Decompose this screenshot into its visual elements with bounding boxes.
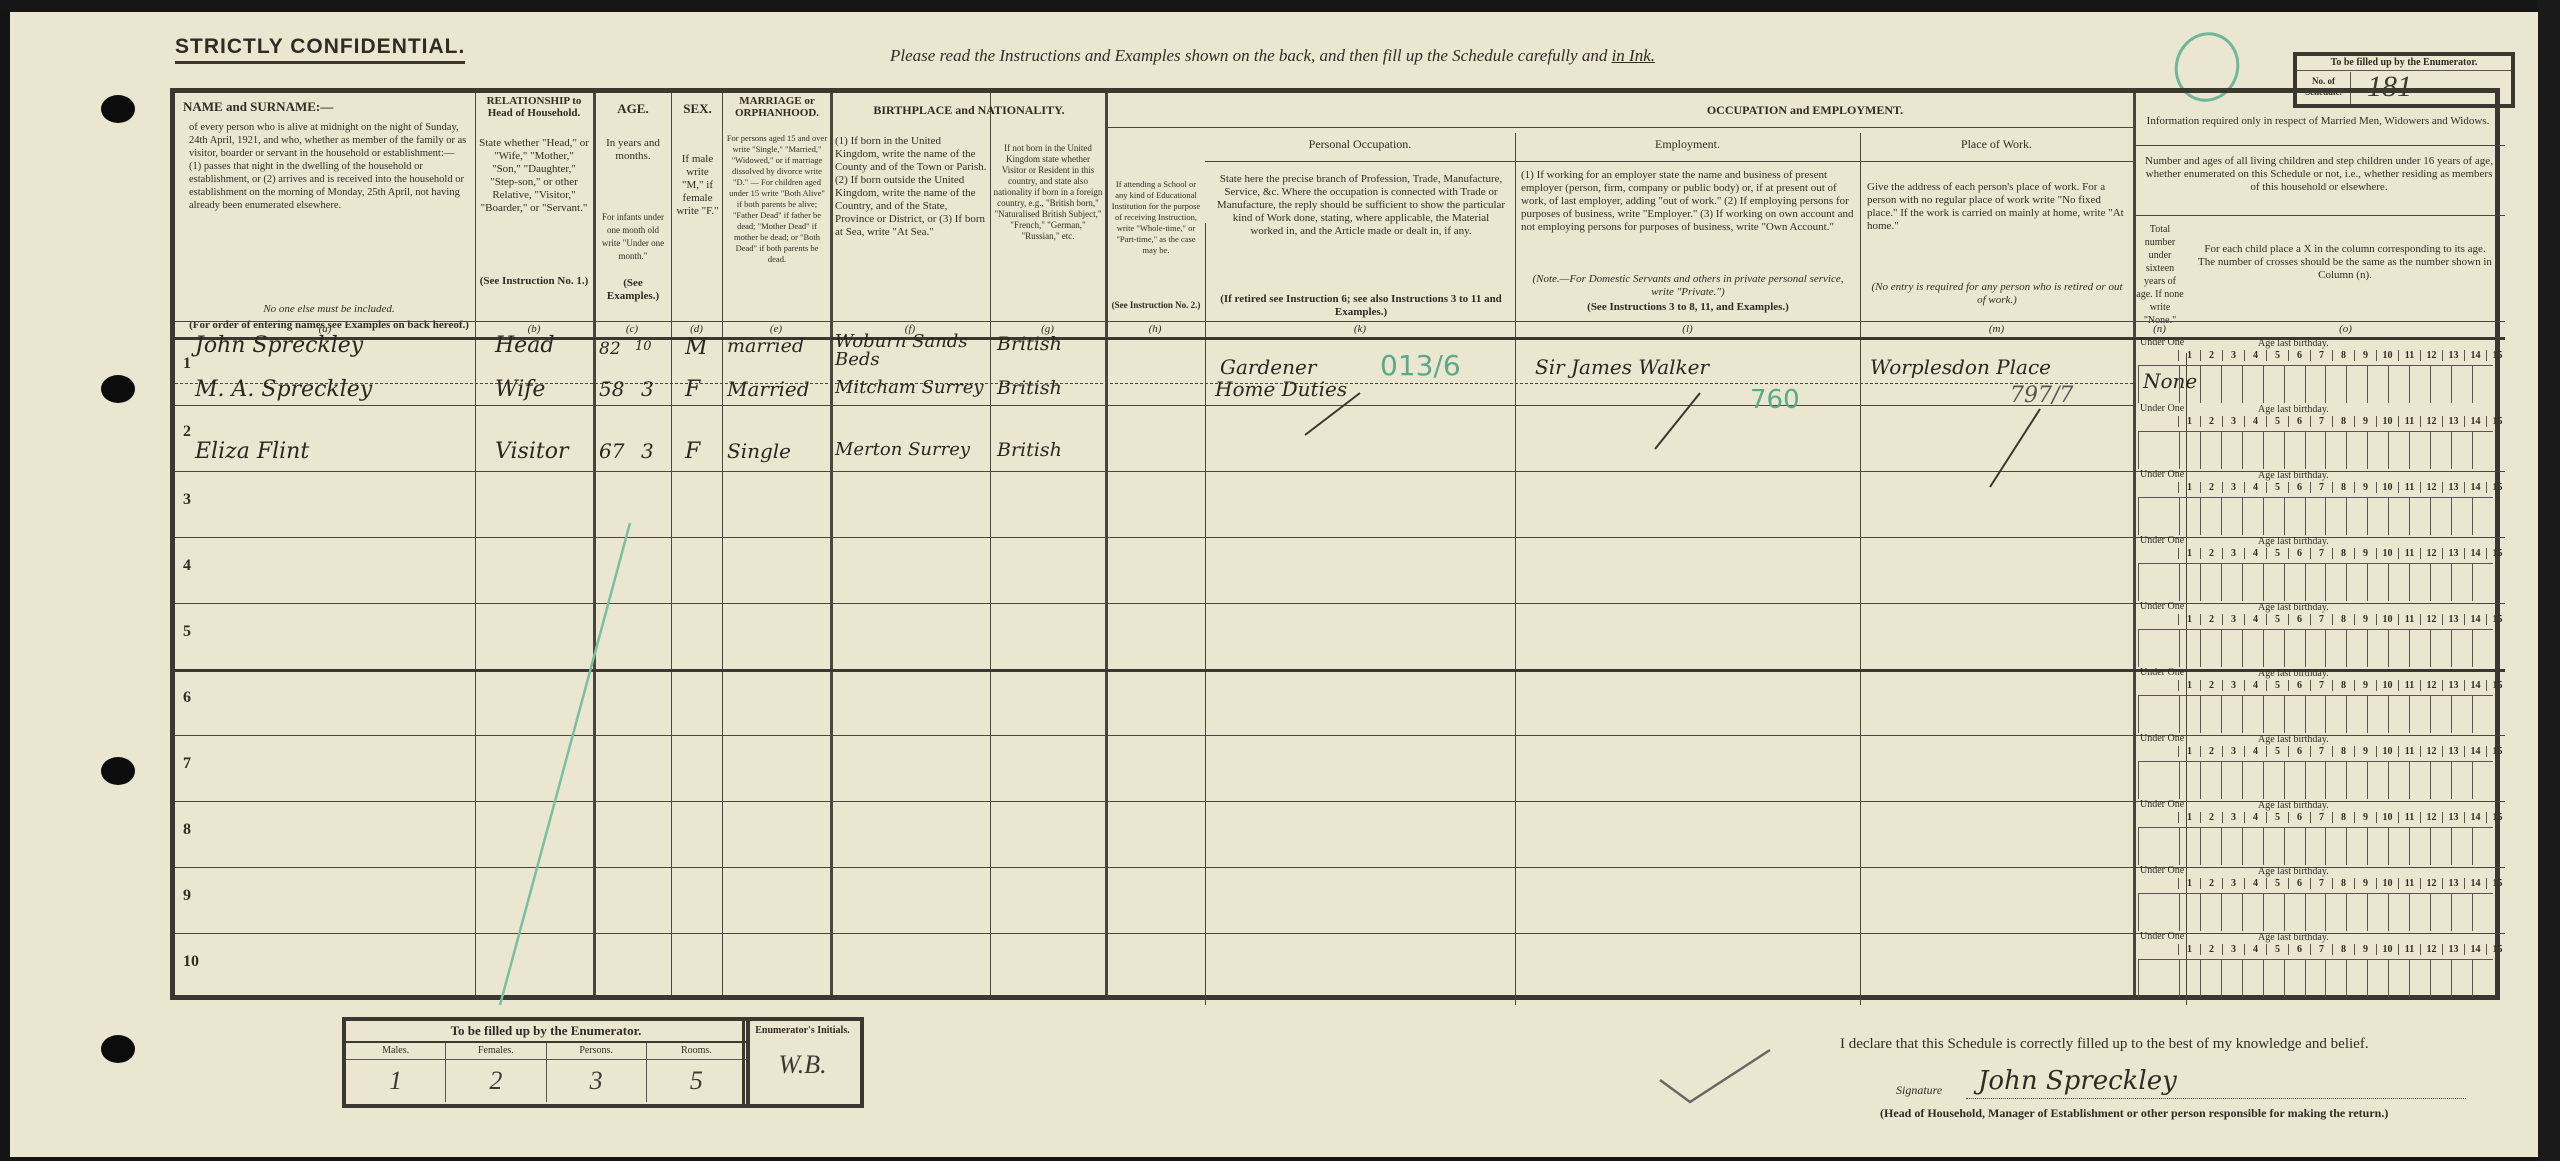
age-cell[interactable]	[2221, 762, 2242, 799]
age-cell[interactable]	[2221, 960, 2242, 997]
age-cell[interactable]	[2409, 498, 2430, 535]
age-cell[interactable]	[2388, 498, 2409, 535]
age-label: 1	[2178, 614, 2200, 625]
age-cell[interactable]	[2451, 498, 2472, 535]
age-cell[interactable]	[2367, 366, 2388, 403]
age-label: 2	[2200, 416, 2222, 427]
age-label: 3	[2222, 350, 2244, 361]
age-label: 6	[2288, 944, 2310, 955]
age-cell[interactable]	[2409, 828, 2430, 865]
age-cell[interactable]	[2179, 828, 2200, 865]
age-label: 3	[2222, 944, 2244, 955]
age-label: 10	[2376, 944, 2398, 955]
age-label: 8	[2332, 944, 2354, 955]
age-cell[interactable]	[2200, 564, 2221, 601]
age-cell[interactable]	[2388, 828, 2409, 865]
age-cell[interactable]	[2472, 564, 2493, 601]
age-cell[interactable]	[2242, 498, 2263, 535]
age-label: 5	[2266, 614, 2288, 625]
age-cell[interactable]	[2346, 894, 2367, 931]
rooms-label: Rooms.	[646, 1043, 746, 1059]
age-cell[interactable]	[2430, 366, 2451, 403]
age-cell[interactable]	[2388, 894, 2409, 931]
males-label: Males.	[346, 1043, 445, 1059]
persons-count: 3	[546, 1060, 646, 1102]
age-cell-under-one[interactable]	[2138, 828, 2179, 865]
age-cell[interactable]	[2430, 498, 2451, 535]
age-cell[interactable]	[2325, 960, 2346, 997]
age-cell[interactable]	[2346, 762, 2367, 799]
age-label: 9	[2354, 680, 2376, 691]
age-last-birthday-grid: Under OneAge last birthday.1234567891011…	[2138, 800, 2493, 864]
age-label: 8	[2332, 482, 2354, 493]
age-label: 3	[2222, 482, 2244, 493]
age-label: 11	[2398, 548, 2420, 559]
age-label: 11	[2398, 680, 2420, 691]
age-label: 6	[2288, 614, 2310, 625]
age-label: 2	[2200, 482, 2222, 493]
age-label: 15	[2486, 614, 2508, 625]
age-cell[interactable]	[2284, 498, 2305, 535]
age-cell[interactable]	[2409, 960, 2430, 997]
age-cell[interactable]	[2305, 630, 2326, 667]
age-cell[interactable]	[2179, 564, 2200, 601]
age-cell-under-one[interactable]	[2138, 432, 2179, 469]
age-cell-under-one[interactable]	[2138, 498, 2179, 535]
age-cell[interactable]	[2305, 564, 2326, 601]
age-cell[interactable]	[2388, 960, 2409, 997]
age-label: 6	[2288, 680, 2310, 691]
age-cell[interactable]	[2200, 762, 2221, 799]
age-label: 8	[2332, 680, 2354, 691]
age-label: 11	[2398, 746, 2420, 757]
females-label: Females.	[445, 1043, 545, 1059]
age-cell[interactable]	[2263, 960, 2284, 997]
age-cell[interactable]	[2367, 894, 2388, 931]
age-cell[interactable]	[2179, 762, 2200, 799]
age-cell[interactable]	[2200, 432, 2221, 469]
age-cell[interactable]	[2305, 894, 2326, 931]
age-cell[interactable]	[2409, 696, 2430, 733]
age-label: 3	[2222, 746, 2244, 757]
age-cell[interactable]	[2221, 630, 2242, 667]
age-cell[interactable]	[2367, 828, 2388, 865]
under-one-label: Under One	[2140, 602, 2184, 612]
age-cell-under-one[interactable]	[2138, 762, 2179, 799]
age-label: 1	[2178, 680, 2200, 691]
age-cell[interactable]	[2325, 564, 2346, 601]
age-label: 14	[2464, 482, 2486, 493]
age-label: 13	[2442, 614, 2464, 625]
age-cell[interactable]	[2263, 630, 2284, 667]
in-ink-text: in Ink.	[1612, 46, 1655, 65]
age-cell[interactable]	[2242, 762, 2263, 799]
age-cell[interactable]	[2346, 828, 2367, 865]
age-label: 1	[2178, 416, 2200, 427]
age-cell[interactable]	[2472, 894, 2493, 931]
age-label: 12	[2420, 944, 2442, 955]
age-label: 9	[2354, 350, 2376, 361]
age-cell[interactable]	[2221, 894, 2242, 931]
age-label: 2	[2200, 350, 2222, 361]
age-cell[interactable]	[2305, 696, 2326, 733]
age-label: 13	[2442, 812, 2464, 823]
age-label: 13	[2442, 416, 2464, 427]
age-cell[interactable]	[2242, 960, 2263, 997]
age-cell[interactable]	[2472, 960, 2493, 997]
age-label: 7	[2310, 878, 2332, 889]
age-cell[interactable]	[2305, 828, 2326, 865]
age-label: 14	[2464, 812, 2486, 823]
age-cell[interactable]	[2325, 762, 2346, 799]
age-label: 13	[2442, 878, 2464, 889]
page-title: STRICTLY CONFIDENTIAL.	[175, 35, 465, 64]
age-label: 7	[2310, 746, 2332, 757]
age-cell[interactable]	[2325, 432, 2346, 469]
age-label: 12	[2420, 416, 2442, 427]
age-cell-under-one[interactable]	[2138, 630, 2179, 667]
age-cell[interactable]	[2409, 762, 2430, 799]
age-label: 5	[2266, 812, 2288, 823]
age-cell[interactable]	[2430, 696, 2451, 733]
age-label: 2	[2200, 746, 2222, 757]
age-label: 7	[2310, 416, 2332, 427]
age-cell-under-one[interactable]	[2138, 894, 2179, 931]
age-cell[interactable]	[2430, 564, 2451, 601]
age-cell[interactable]	[2284, 630, 2305, 667]
age-cell[interactable]	[2179, 960, 2200, 997]
age-label: 10	[2376, 680, 2398, 691]
age-label: 6	[2288, 878, 2310, 889]
age-cell[interactable]	[2346, 630, 2367, 667]
age-cell[interactable]	[2430, 762, 2451, 799]
age-cell[interactable]	[2200, 630, 2221, 667]
age-label: 14	[2464, 746, 2486, 757]
age-label: 5	[2266, 680, 2288, 691]
age-cell[interactable]	[2325, 630, 2346, 667]
age-cell[interactable]	[2284, 762, 2305, 799]
age-cell[interactable]	[2388, 630, 2409, 667]
age-cell[interactable]	[2472, 696, 2493, 733]
age-cell[interactable]	[2179, 894, 2200, 931]
age-cell[interactable]	[2388, 762, 2409, 799]
under-one-label: Under One	[2140, 536, 2184, 546]
age-cell[interactable]	[2284, 960, 2305, 997]
age-cell[interactable]	[2409, 564, 2430, 601]
age-cell-under-one[interactable]	[2138, 366, 2179, 403]
age-label: 14	[2464, 944, 2486, 955]
age-cell[interactable]	[2263, 432, 2284, 469]
age-cell[interactable]	[2263, 894, 2284, 931]
age-cell[interactable]	[2367, 762, 2388, 799]
instructions-text: Please read the Instructions and Example…	[890, 46, 1607, 65]
age-cell[interactable]	[2409, 366, 2430, 403]
age-cell[interactable]	[2221, 696, 2242, 733]
age-cell[interactable]	[2430, 894, 2451, 931]
age-cell[interactable]	[2263, 696, 2284, 733]
age-cell[interactable]	[2451, 366, 2472, 403]
age-cell[interactable]	[2305, 366, 2326, 403]
enumerator-count-box: To be filled up by the Enumerator. Males…	[342, 1017, 750, 1108]
under-one-label: Under One	[2140, 734, 2184, 744]
age-label: 13	[2442, 548, 2464, 559]
age-last-birthday-grid: Under OneAge last birthday.1234567891011…	[2138, 536, 2493, 600]
age-cell[interactable]	[2388, 432, 2409, 469]
age-label: 9	[2354, 416, 2376, 427]
age-label: 2	[2200, 878, 2222, 889]
age-last-birthday-label: Age last birthday.	[2258, 668, 2329, 679]
age-label: 11	[2398, 944, 2420, 955]
enumerator-box-heading: To be filled up by the Enumerator.	[346, 1021, 746, 1043]
age-cell[interactable]	[2367, 630, 2388, 667]
enumerator-initials-box: Enumerator's Initials. W.B.	[742, 1017, 864, 1108]
age-cell[interactable]	[2221, 498, 2242, 535]
age-cell[interactable]	[2472, 432, 2493, 469]
age-label: 13	[2442, 944, 2464, 955]
age-last-birthday-grid: Under OneAge last birthday.1234567891011…	[2138, 866, 2493, 930]
age-cell[interactable]	[2284, 564, 2305, 601]
age-cell[interactable]	[2242, 696, 2263, 733]
age-cell[interactable]	[2179, 630, 2200, 667]
under-one-label: Under One	[2140, 866, 2184, 876]
age-cell[interactable]	[2430, 828, 2451, 865]
initials-label: Enumerator's Initials.	[745, 1025, 860, 1036]
age-cell[interactable]	[2409, 894, 2430, 931]
age-last-birthday-grid: Under OneAge last birthday.1234567891011…	[2138, 932, 2493, 996]
age-cell[interactable]	[2200, 894, 2221, 931]
scan-top-border	[0, 0, 2560, 12]
age-cell[interactable]	[2367, 960, 2388, 997]
age-cell[interactable]	[2284, 828, 2305, 865]
age-label: 5	[2266, 350, 2288, 361]
age-label: 3	[2222, 548, 2244, 559]
age-cell[interactable]	[2325, 894, 2346, 931]
age-cell[interactable]	[2451, 564, 2472, 601]
age-cell-under-one[interactable]	[2138, 960, 2179, 997]
age-cell[interactable]	[2367, 564, 2388, 601]
age-label: 4	[2244, 350, 2266, 361]
age-cell[interactable]	[2263, 366, 2284, 403]
age-label: 9	[2354, 614, 2376, 625]
age-last-birthday-grid: Under OneAge last birthday.1234567891011…	[2138, 668, 2493, 732]
age-cell[interactable]	[2221, 564, 2242, 601]
age-label: 12	[2420, 746, 2442, 757]
age-cell[interactable]	[2221, 828, 2242, 865]
age-label: 12	[2420, 482, 2442, 493]
age-cell[interactable]	[2305, 498, 2326, 535]
age-label: 14	[2464, 416, 2486, 427]
age-label: 7	[2310, 944, 2332, 955]
age-cell[interactable]	[2179, 432, 2200, 469]
age-label: 14	[2464, 548, 2486, 559]
age-last-birthday-label: Age last birthday.	[2258, 404, 2329, 415]
age-cell[interactable]	[2346, 960, 2367, 997]
age-cell[interactable]	[2242, 828, 2263, 865]
age-cell[interactable]	[2263, 498, 2284, 535]
signature-line	[1966, 1098, 2466, 1099]
age-cell[interactable]	[2472, 366, 2493, 403]
age-label: 6	[2288, 416, 2310, 427]
age-cell[interactable]	[2367, 696, 2388, 733]
age-cell[interactable]	[2430, 960, 2451, 997]
under-one-label: Under One	[2140, 932, 2184, 942]
age-label: 2	[2200, 680, 2222, 691]
age-cell[interactable]	[2451, 630, 2472, 667]
age-cell[interactable]	[2179, 366, 2200, 403]
age-cell[interactable]	[2472, 762, 2493, 799]
age-label: 8	[2332, 812, 2354, 823]
age-cell[interactable]	[2179, 696, 2200, 733]
age-cell[interactable]	[2430, 432, 2451, 469]
age-label: 2	[2200, 944, 2222, 955]
age-cell[interactable]	[2451, 960, 2472, 997]
age-cell[interactable]	[2451, 432, 2472, 469]
age-label: 1	[2178, 746, 2200, 757]
age-cell[interactable]	[2242, 630, 2263, 667]
age-last-birthday-label: Age last birthday.	[2258, 866, 2329, 877]
age-cell[interactable]	[2200, 696, 2221, 733]
age-cell[interactable]	[2284, 432, 2305, 469]
age-last-birthday-grid: Under OneAge last birthday.1234567891011…	[2138, 404, 2493, 468]
age-label: 8	[2332, 350, 2354, 361]
age-cell[interactable]	[2221, 366, 2242, 403]
scan-right-border	[2538, 0, 2560, 1161]
age-label: 6	[2288, 812, 2310, 823]
age-cell[interactable]	[2472, 630, 2493, 667]
age-cell[interactable]	[2200, 828, 2221, 865]
age-label: 13	[2442, 482, 2464, 493]
age-cell[interactable]	[2430, 630, 2451, 667]
age-cell[interactable]	[2284, 696, 2305, 733]
under-one-label: Under One	[2140, 668, 2184, 678]
age-cell[interactable]	[2325, 696, 2346, 733]
age-label: 15	[2486, 350, 2508, 361]
age-cell[interactable]	[2451, 828, 2472, 865]
age-label: 15	[2486, 944, 2508, 955]
punch-hole	[101, 1035, 135, 1063]
age-label: 9	[2354, 878, 2376, 889]
punch-hole	[101, 95, 135, 123]
age-label: 4	[2244, 944, 2266, 955]
males-count: 1	[346, 1060, 445, 1102]
age-last-birthday-label: Age last birthday.	[2258, 470, 2329, 481]
age-label: 11	[2398, 350, 2420, 361]
age-label: 6	[2288, 350, 2310, 361]
age-label: 12	[2420, 350, 2442, 361]
age-cell[interactable]	[2346, 366, 2367, 403]
under-one-label: Under One	[2140, 338, 2184, 348]
age-cell[interactable]	[2346, 432, 2367, 469]
age-cell[interactable]	[2346, 696, 2367, 733]
age-cell[interactable]	[2242, 894, 2263, 931]
age-cell[interactable]	[2472, 498, 2493, 535]
age-label: 1	[2178, 944, 2200, 955]
under-one-label: Under One	[2140, 404, 2184, 414]
age-cell[interactable]	[2263, 828, 2284, 865]
age-label: 10	[2376, 350, 2398, 361]
age-label: 13	[2442, 746, 2464, 757]
age-last-birthday-label: Age last birthday.	[2258, 338, 2329, 349]
age-label: 11	[2398, 416, 2420, 427]
age-cell[interactable]	[2305, 762, 2326, 799]
age-label: 5	[2266, 878, 2288, 889]
age-label: 5	[2266, 746, 2288, 757]
age-label: 7	[2310, 548, 2332, 559]
females-count: 2	[445, 1060, 545, 1102]
age-cell[interactable]	[2388, 696, 2409, 733]
age-cell[interactable]	[2325, 498, 2346, 535]
age-cell[interactable]	[2451, 894, 2472, 931]
age-cell[interactable]	[2242, 432, 2263, 469]
age-label: 10	[2376, 878, 2398, 889]
age-last-birthday-grid: Under OneAge last birthday.1234567891011…	[2138, 602, 2493, 666]
age-label: 7	[2310, 614, 2332, 625]
age-last-birthday-grid: Under OneAge last birthday.1234567891011…	[2138, 338, 2493, 402]
age-cell[interactable]	[2200, 960, 2221, 997]
age-cell[interactable]	[2242, 564, 2263, 601]
instructions-line: Please read the Instructions and Example…	[890, 46, 1655, 66]
age-label: 2	[2200, 812, 2222, 823]
age-cell[interactable]	[2263, 762, 2284, 799]
persons-label: Persons.	[546, 1043, 646, 1059]
age-cell[interactable]	[2305, 432, 2326, 469]
age-last-birthday-grid: Under OneAge last birthday.1234567891011…	[2138, 470, 2493, 534]
age-cell[interactable]	[2346, 564, 2367, 601]
age-cell[interactable]	[2451, 696, 2472, 733]
age-label: 5	[2266, 944, 2288, 955]
age-cell[interactable]	[2284, 894, 2305, 931]
age-cell[interactable]	[2367, 432, 2388, 469]
age-cell[interactable]	[2284, 366, 2305, 403]
age-cell[interactable]	[2325, 828, 2346, 865]
under-one-label: Under One	[2140, 470, 2184, 480]
age-cell[interactable]	[2346, 498, 2367, 535]
age-cell[interactable]	[2388, 564, 2409, 601]
age-last-birthday-label: Age last birthday.	[2258, 800, 2329, 811]
age-label: 3	[2222, 878, 2244, 889]
age-label: 9	[2354, 944, 2376, 955]
age-cell[interactable]	[2305, 960, 2326, 997]
age-cell[interactable]	[2388, 366, 2409, 403]
age-label: 7	[2310, 350, 2332, 361]
age-cell[interactable]	[2179, 498, 2200, 535]
age-label: 5	[2266, 482, 2288, 493]
age-label: 4	[2244, 680, 2266, 691]
age-cell[interactable]	[2367, 498, 2388, 535]
age-cell[interactable]	[2409, 432, 2430, 469]
age-label: 15	[2486, 548, 2508, 559]
signature-label: Signature	[1896, 1083, 1942, 1098]
age-cell[interactable]	[2451, 762, 2472, 799]
age-label: 11	[2398, 812, 2420, 823]
age-cell[interactable]	[2200, 366, 2221, 403]
age-cell[interactable]	[2472, 828, 2493, 865]
age-cell[interactable]	[2221, 432, 2242, 469]
age-label: 11	[2398, 878, 2420, 889]
age-label: 7	[2310, 482, 2332, 493]
age-label: 13	[2442, 680, 2464, 691]
age-cell-under-one[interactable]	[2138, 564, 2179, 601]
age-cell[interactable]	[2263, 564, 2284, 601]
age-cell[interactable]	[2242, 366, 2263, 403]
age-label: 10	[2376, 614, 2398, 625]
age-cell[interactable]	[2409, 630, 2430, 667]
age-cell-under-one[interactable]	[2138, 696, 2179, 733]
age-cell[interactable]	[2200, 498, 2221, 535]
age-cell[interactable]	[2325, 366, 2346, 403]
rooms-count: 5	[646, 1060, 746, 1102]
age-label: 4	[2244, 614, 2266, 625]
